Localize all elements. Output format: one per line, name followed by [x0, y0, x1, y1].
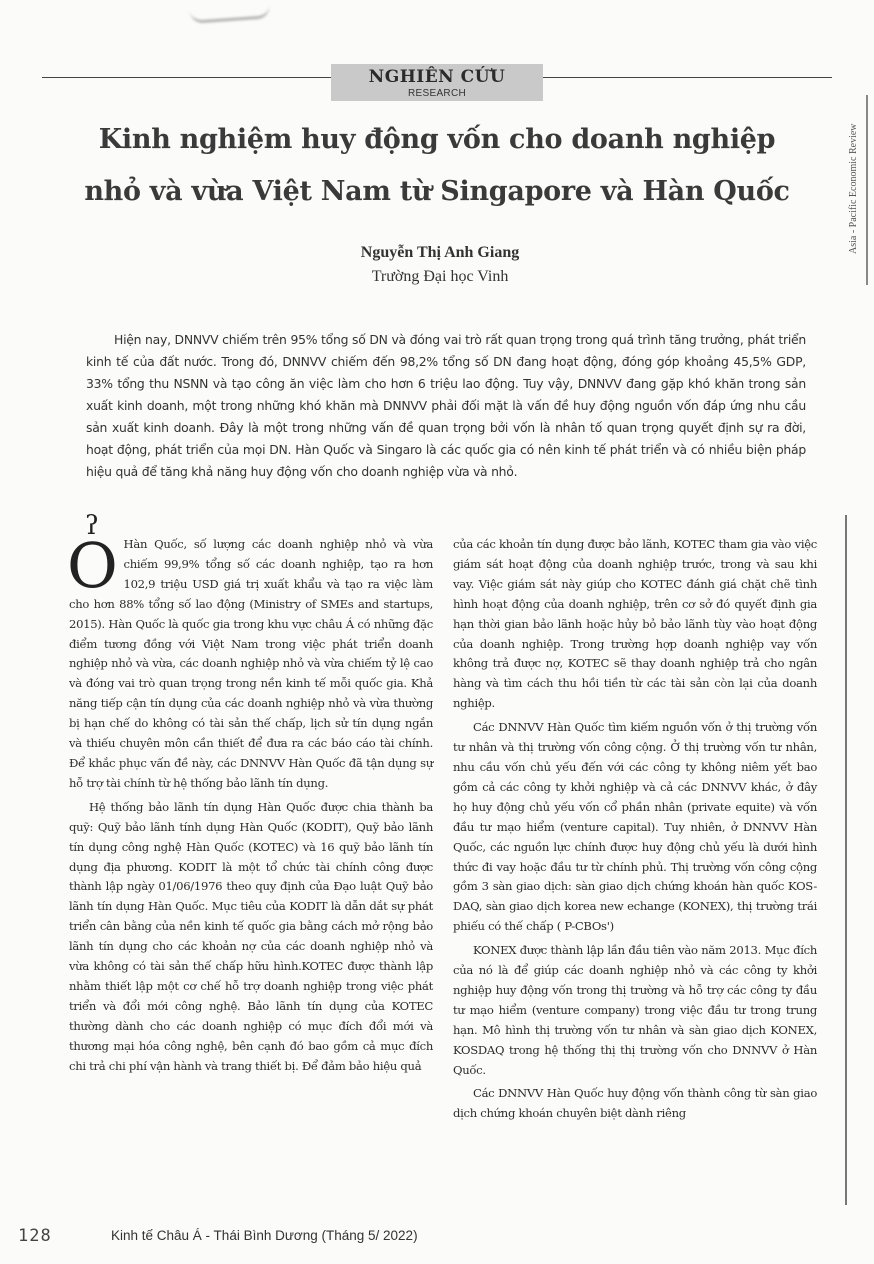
paragraph: KONEX được thành lập lần đầu tiên vào nă… [453, 941, 817, 1080]
drop-cap: Oʔ [67, 539, 118, 593]
right-column: của các khoản tín dụng được bảo lãnh, KO… [453, 535, 817, 1128]
section-title: NGHIÊN CỨU [331, 66, 543, 88]
section-label: NGHIÊN CỨU RESEARCH [331, 64, 543, 101]
margin-rule [845, 515, 847, 1205]
title-line-2: nhỏ và vừa Việt Nam từ Singapore và Hàn … [70, 166, 804, 218]
title-line-1: Kinh nghiệm huy động vốn cho doanh nghiệ… [70, 114, 804, 166]
side-journal-name: Asia - Pacific Economic Review [848, 104, 864, 274]
paragraph: Hệ thống bảo lãnh tín dụng Hàn Quốc được… [69, 798, 433, 1077]
paragraph: Các DNNVV Hàn Quốc huy động vốn thành cô… [453, 1084, 817, 1124]
paragraph: Các DNNVV Hàn Quốc tìm kiếm nguồn vốn ở … [453, 718, 817, 937]
scan-smudge [190, 5, 271, 24]
page-number: 128 [18, 1226, 52, 1246]
paragraph: OʔHàn Quốc, số lượng các doanh nghiệp nh… [69, 535, 433, 794]
article-title: Kinh nghiệm huy động vốn cho doanh nghiệ… [70, 114, 804, 218]
author-affiliation: Trường Đại học Vinh [240, 268, 640, 286]
abstract: Hiện nay, DNNVV chiếm trên 95% tổng số D… [86, 329, 806, 483]
left-column: OʔHàn Quốc, số lượng các doanh nghiệp nh… [69, 535, 433, 1080]
footer-journal-issue: Kinh tế Châu Á - Thái Bình Dương (Tháng … [111, 1228, 418, 1243]
side-rule [866, 95, 868, 285]
author-name: Nguyễn Thị Anh Giang [240, 244, 640, 262]
paragraph: của các khoản tín dụng được bảo lãnh, KO… [453, 535, 817, 714]
section-subtitle: RESEARCH [331, 88, 543, 99]
